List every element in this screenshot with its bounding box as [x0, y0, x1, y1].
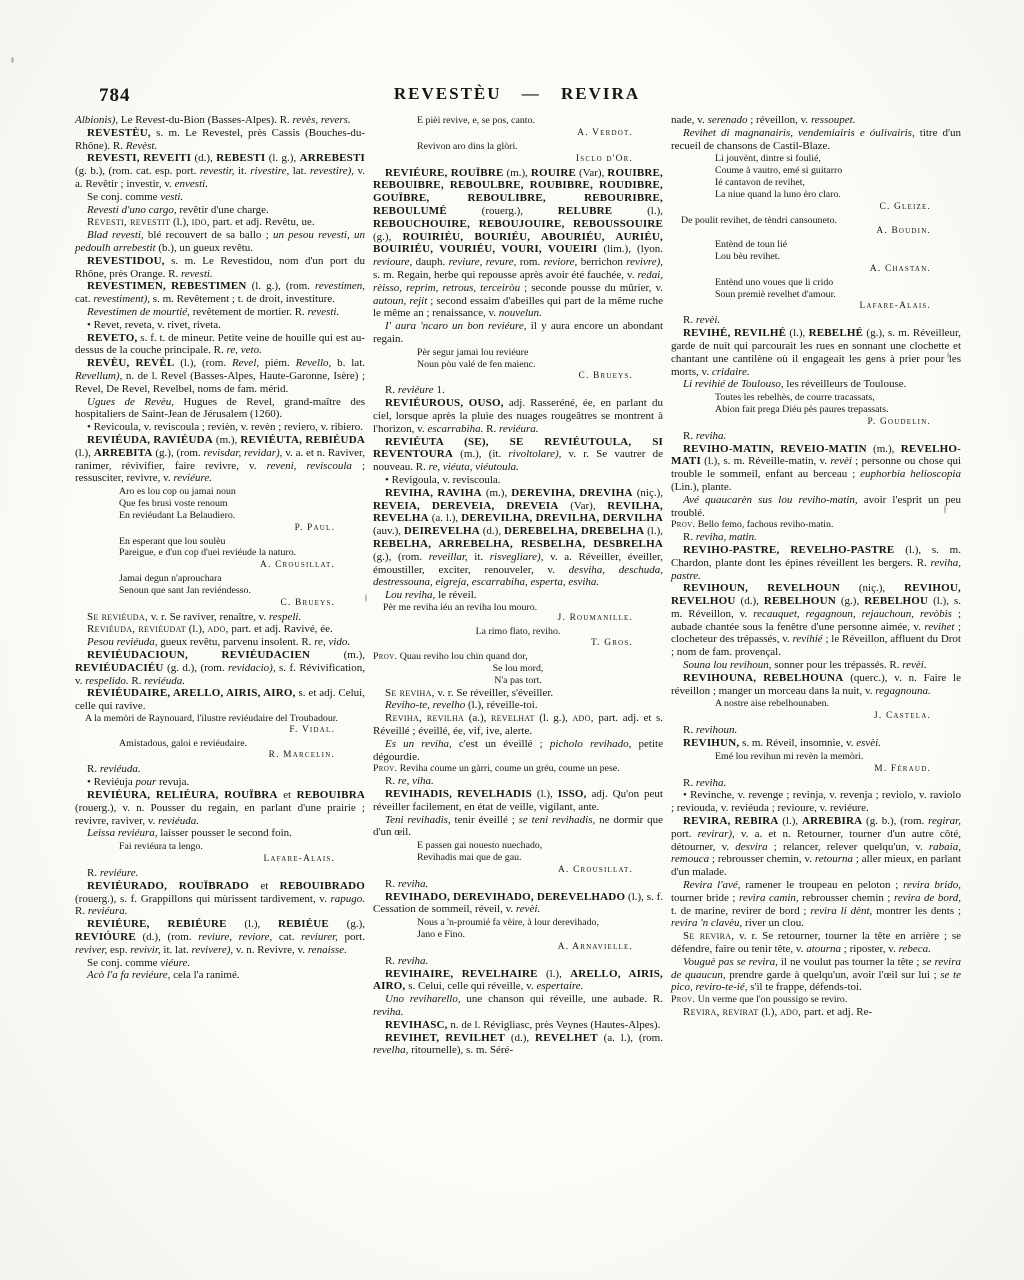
entry-paragraph: REVESTI, REVEITI (d.), REBESTI (l. g.), …: [75, 152, 365, 190]
entry-paragraph: Lou reviha, le réveil.: [373, 589, 663, 602]
verse-quote: A nostre aise rebelhounaben.: [715, 698, 961, 710]
column-left: Albionis), Le Revest-du-Bion (Basses-Alp…: [75, 114, 365, 982]
verse-quote: Nous a 'n-proumié fa vèire, à lour derev…: [417, 917, 663, 941]
verse-quote: Amistadous, galoi e reviéudaire.: [119, 738, 365, 750]
citation-author: A. Boudin.: [671, 226, 931, 237]
citation-author: M. Féraud.: [671, 764, 931, 775]
entry-paragraph: REVIÉURADO, ROUÏBRADO et REBOUIBRADO (ro…: [75, 880, 365, 918]
citation-author: F. Vidal.: [75, 725, 335, 736]
entry-paragraph: Revihet di magnanairis, vendemiairis e ó…: [671, 127, 961, 153]
entry-paragraph: REVESTIDOU, s. m. Le Revestidou, nom d'u…: [75, 255, 365, 281]
entry-paragraph: Se reviha, v. r. Se réveiller, s'éveille…: [373, 687, 663, 700]
entry-paragraph: R. revèi.: [671, 314, 961, 327]
entry-paragraph: Blad revesti, blé recouvert de sa ballo …: [75, 229, 365, 255]
entry-paragraph: Se conj. comme vesti.: [75, 191, 365, 204]
entry-paragraph: R. reviéure 1.: [373, 384, 663, 397]
entry-paragraph: REVIHAIRE, REVELHAIRE (l.), ARELLO, AIRI…: [373, 968, 663, 994]
running-head-row: 784 REVESTÈU — REVIRA: [75, 84, 959, 108]
quote-paragraph: De poulit revihet, de tèndri cansouneto.: [671, 215, 961, 227]
citation-author: C. Brueys.: [75, 598, 335, 609]
citation-author: Isclo d'Or.: [373, 154, 633, 165]
entry-paragraph: REVIHADIS, REVELHADIS (l.), ISSO, adj. Q…: [373, 788, 663, 814]
proverb: Prov. Un verme que l'on poussigo se revi…: [671, 994, 961, 1006]
verse-quote: Aro es lou cop ou jamai noun Que fes bru…: [119, 486, 365, 521]
verse-quote: Entènd uno voues que li crido Soun premi…: [715, 277, 961, 301]
entry-paragraph: Ugues de Revèu, Hugues de Revel, grand-m…: [75, 396, 365, 422]
entry-paragraph: REVIRA, REBIRA (l.), ARREBIRA (g. b.), (…: [671, 815, 961, 879]
verse-quote: E pièi revive, e, se pos, canto.: [417, 115, 663, 127]
entry-paragraph: • Revigoula, v. reviscoula.: [373, 474, 663, 487]
entry-paragraph: REVIHA, RAVIHA (m.), DEREVIHA, DREVIHA (…: [373, 487, 663, 589]
verse-quote: Fai reviéura ta lengo.: [119, 841, 365, 853]
entry-paragraph: REVETO, s. f. t. de mineur. Petite veine…: [75, 332, 365, 358]
text-columns: Albionis), Le Revest-du-Bion (Basses-Alp…: [75, 114, 961, 1057]
verse-quote: E passen gai nouesto nuechado, Revihadis…: [417, 840, 663, 864]
entry-paragraph: REVIHET, REVILHET (d.), REVELHET (a. l.)…: [373, 1032, 663, 1058]
entry-paragraph: REVIÉUDA, RAVIÉUDA (m.), REVIÉUTA, REBIÉ…: [75, 434, 365, 485]
entry-paragraph: Reviéuda, reviéudat (l.), ado, part. et …: [75, 623, 365, 636]
entry-paragraph: • Revinche, v. revenge ; revinja, v. rev…: [671, 789, 961, 815]
entry-paragraph: REVÈU, REVÈL (l.), (rom. Revel, piém. Re…: [75, 357, 365, 395]
entry-paragraph: REVIHASC, n. de l. Révigliasc, près Veyn…: [373, 1019, 663, 1032]
scanned-dictionary-page: 784 REVESTÈU — REVIRA Albionis), Le Reve…: [0, 0, 1024, 1280]
entry-paragraph: Leissa reviéura, laisser pousser le seco…: [75, 827, 365, 840]
entry-paragraph: • Reviéuja pour revuja.: [75, 776, 365, 789]
entry-paragraph: REVIHÉ, REVILHÉ (l.), REBELHÉ (g.), s. m…: [671, 327, 961, 378]
entry-paragraph: REVIÉURA, RELIÉURA, ROUÏBRA et REBOUIBRA…: [75, 789, 365, 827]
entry-paragraph: Es un reviha, c'est un éveillé ; picholo…: [373, 738, 663, 764]
verse-quote: Li jouvènt, dintre si foulié, Coume à va…: [715, 153, 961, 200]
verse-quote: Jamai degun n'aprouchara Senoun que sant…: [119, 573, 365, 597]
entry-paragraph: REVIÉUDAIRE, ARELLO, AIRIS, AIRO, s. et …: [75, 687, 365, 713]
continuation-paragraph: nade, v. serenado ; réveillon, v. ressou…: [671, 114, 961, 127]
entry-paragraph: • Revet, reveta, v. rivet, riveta.: [75, 319, 365, 332]
verse-line-centered: Se lou mord,: [373, 663, 663, 675]
scan-speck: [947, 352, 949, 358]
entry-paragraph: R. reviha.: [671, 430, 961, 443]
entry-paragraph: REVIÉUTA (SE), SE REVIÉUTOULA, SI REVENT…: [373, 436, 663, 474]
scan-speck: [365, 594, 367, 602]
entry-paragraph: REVIHADO, DEREVIHADO, DEREVELHADO (l.), …: [373, 891, 663, 917]
citation-author: A. Crousillat.: [373, 865, 633, 876]
entry-paragraph: Uno reviharello, une chanson qui réveill…: [373, 993, 663, 1019]
entry-paragraph: R. reviha.: [373, 878, 663, 891]
entry-paragraph: REVIHOUN, REVELHOUN (niç.), REVIHOU, REV…: [671, 582, 961, 659]
citation-author: R. Marcelin.: [75, 750, 335, 761]
entry-paragraph: REVESTIMEN, REBESTIMEN (l. g.), (rom. re…: [75, 280, 365, 306]
entry-paragraph: R. reviha.: [373, 955, 663, 968]
entry-paragraph: Revesti, revestit (l.), ido, part. et ad…: [75, 216, 365, 229]
running-header: REVESTÈU — REVIRA: [75, 84, 959, 104]
citation-author: Lafare-Alais.: [75, 854, 335, 865]
verse-line-centered: La rimo flato, reviho.: [373, 626, 663, 638]
entry-paragraph: Vouguè pas se revira, il ne voulut pas t…: [671, 956, 961, 994]
citation-author: J. Castela.: [671, 711, 931, 722]
verse-quote: Revivon aro dins la glòri.: [417, 141, 663, 153]
entry-paragraph: Avé quaucarèn sus lou reviho-matin, avoi…: [671, 494, 961, 520]
citation-author: C. Gleize.: [671, 202, 931, 213]
scan-speck: [944, 505, 946, 514]
entry-paragraph: Souna lou revihoun, sonner pour les trép…: [671, 659, 961, 672]
verse-line-centered: N'a pas tort.: [373, 675, 663, 687]
entry-paragraph: I' aura 'ncaro un bon reviéure, il y aur…: [373, 320, 663, 346]
entry-paragraph: Se reviéuda, v. r. Se raviver, renaître,…: [75, 611, 365, 624]
entry-paragraph: REVIHUN, s. m. Réveil, insomnie, v. esvè…: [671, 737, 961, 750]
column-right: nade, v. serenado ; réveillon, v. ressou…: [671, 114, 961, 1019]
entry-paragraph: Revesti d'uno cargo, revêtir d'une charg…: [75, 204, 365, 217]
verse-quote: Entènd de toun lié Lou bèu revihet.: [715, 239, 961, 263]
entry-paragraph: Revestimen de mourtié, revêtement de mor…: [75, 306, 365, 319]
scan-speck: [11, 57, 14, 63]
verse-quote: En esperant que lou soulèu Pareigue, e d…: [119, 536, 365, 560]
entry-paragraph: • Revicoula, v. reviscoula ; revièn, v. …: [75, 421, 365, 434]
entry-paragraph: Li revihié de Toulouso, les réveilleurs …: [671, 378, 961, 391]
proverb: Prov. Bello femo, fachous reviho-matin.: [671, 519, 961, 531]
entry-paragraph: R. revihoun.: [671, 724, 961, 737]
entry-paragraph: Acò l'a fa reviéure, cela l'a ranimé.: [75, 969, 365, 982]
proverb: Prov. Quau reviho lou chin quand dor,: [373, 651, 663, 663]
entry-paragraph: REVIÉUDACIOUN, REVIÉUDACIEN (m.), REVIÉU…: [75, 649, 365, 687]
entry-paragraph: REVIÉURE, ROUÏBRE (m.), ROUIRE (Var), RO…: [373, 167, 663, 321]
entry-paragraph: Se revira, v. r. Se retourner, tourner l…: [671, 930, 961, 956]
entry-paragraph: R. reviha.: [671, 777, 961, 790]
citation-author: A. Arnavielle.: [373, 942, 633, 953]
entry-paragraph: R. reviéuda.: [75, 763, 365, 776]
continuation-paragraph: Albionis), Le Revest-du-Bion (Basses-Alp…: [75, 114, 365, 127]
entry-paragraph: REVIHO-MATIN, REVEIO-MATIN (m.), REVELHO…: [671, 443, 961, 494]
citation-author: Lafare-Alais.: [671, 301, 931, 312]
entry-paragraph: REVIHOUNA, REBELHOUNA (querc.), v. n. Fa…: [671, 672, 961, 698]
entry-paragraph: Revira, revirat (l.), ado, part. et adj.…: [671, 1006, 961, 1019]
citation-author: A. Verdot.: [373, 128, 633, 139]
citation-author: T. Gros.: [373, 638, 633, 649]
verse-quote: Emé lou revihun mi revèn la memòri.: [715, 751, 961, 763]
verse-quote: Pèr segur jamai lou reviéure Noun pòu va…: [417, 347, 663, 371]
entry-paragraph: REVIÉURE, REBIÉURE (l.), REBIÉUE (g.), R…: [75, 918, 365, 956]
entry-paragraph: Pesou reviéuda, gueux revêtu, parvenu in…: [75, 636, 365, 649]
entry-paragraph: REVESTÈU, s. m. Le Revestel, près Cassis…: [75, 127, 365, 153]
entry-paragraph: REVIHO-PASTRE, REVELHO-PASTRE (l.), s. m…: [671, 544, 961, 582]
entry-paragraph: Se conj. comme viéure.: [75, 957, 365, 970]
column-center: E pièi revive, e, se pos, canto.A. Verdo…: [373, 114, 663, 1057]
entry-paragraph: Reviha, revilha (a.), revelhat (l. g.), …: [373, 712, 663, 738]
quote-paragraph: A la memòri de Raynouard, l'ilustre revi…: [75, 713, 365, 725]
entry-paragraph: REVIÉUROUS, OUSO, adj. Rasseréné, ée, en…: [373, 397, 663, 435]
entry-paragraph: Revira l'avé, ramener le troupeau en pel…: [671, 879, 961, 930]
citation-author: C. Brueys.: [373, 371, 633, 382]
proverb: Prov. Reviha coume un gàrri, coume un gr…: [373, 763, 663, 775]
page-number: 784: [99, 85, 131, 107]
entry-paragraph: R. re, viha.: [373, 775, 663, 788]
entry-paragraph: R. reviha, matin.: [671, 531, 961, 544]
citation-author: A. Chastan.: [671, 264, 931, 275]
citation-author: P. Paul.: [75, 523, 335, 534]
entry-paragraph: Reviho-te, revelho (l.), réveille-toi.: [373, 699, 663, 712]
citation-author: J. Roumanille.: [373, 613, 633, 624]
verse-quote: Toutes les rebelhès, de courre tracassat…: [715, 392, 961, 416]
entry-paragraph: Teni revihadis, tenir éveillé ; se teni …: [373, 814, 663, 840]
citation-author: P. Goudelin.: [671, 417, 931, 428]
citation-author: A. Crousillat.: [75, 560, 335, 571]
entry-paragraph: R. reviéure.: [75, 867, 365, 880]
quote-paragraph: Pèr me reviha iéu an reviha lou mouro.: [373, 602, 663, 614]
